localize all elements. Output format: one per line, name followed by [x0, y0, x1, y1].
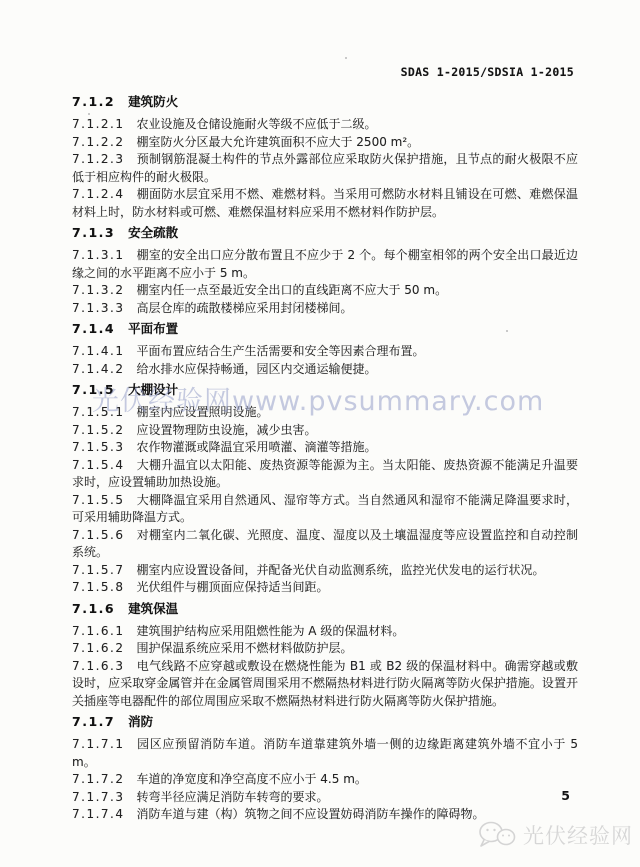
section-plane-layout: 7.1.4平面布置 7.1.4.1平面布置应结合生产生活需要和安全等因素合理布置… [72, 320, 578, 378]
clause: 7.1.5.4大棚升温宜以太阳能、废热资源等能源为主。当太阳能、废热资源不能满足… [72, 457, 578, 492]
clause-number: 7.1.6.3 [72, 659, 136, 673]
clause-number: 7.1.6.1 [72, 624, 136, 638]
clause: 7.1.5.7棚室内应设置设备间，并配备光伏自动监测系统，监控光伏发电的运行状况… [72, 562, 578, 580]
section-number: 7.1.5 [72, 382, 115, 397]
clause-text: 应设置物理防虫设施，减少虫害。 [136, 423, 316, 437]
section-building-fire-protection: 7.1.2建筑防火 7.1.2.1农业设施及仓储设施耐火等级不应低于二级。 7.… [72, 93, 578, 221]
clause-text: 棚室防火分区最大允许建筑面积不应大于 2500 m²。 [136, 135, 419, 149]
clause-number: 7.1.2.1 [72, 117, 136, 131]
section-safety-evacuation: 7.1.3安全疏散 7.1.3.1棚室的安全出口应分散布置且不应少于 2 个。每… [72, 224, 578, 317]
clause: 7.1.3.1棚室的安全出口应分散布置且不应少于 2 个。每个棚室相邻的两个安全… [72, 247, 578, 282]
clause-number: 7.1.5.1 [72, 405, 136, 419]
clause-text: 给水排水应保持畅通，园区内交通运输便捷。 [136, 362, 376, 376]
corner-watermark: 光伏经验网 [476, 820, 633, 850]
clause: 7.1.6.1建筑围护结构应采用阻燃性能为 A 级的保温材料。 [72, 623, 578, 641]
clause: 7.1.5.3农作物灌溉或降温宜采用喷灌、滴灌等措施。 [72, 439, 578, 457]
clause-number: 7.1.3.2 [72, 283, 136, 297]
clause: 7.1.2.2棚室防火分区最大允许建筑面积不应大于 2500 m²。 [72, 134, 578, 152]
clause-number: 7.1.4.2 [72, 362, 136, 376]
section-number: 7.1.4 [72, 321, 115, 336]
clause-text: 电气线路不应穿越或敷设在燃烧性能为 B1 或 B2 级的保温材料中。确需穿越或敷… [72, 659, 578, 708]
clause-number: 7.1.5.3 [72, 440, 136, 454]
clause: 7.1.5.8光伏组件与棚顶面应保持适当间距。 [72, 579, 578, 597]
clause: 7.1.2.1农业设施及仓储设施耐火等级不应低于二级。 [72, 116, 578, 134]
clause-text: 棚面防水层宜采用不燃、难燃材料。当采用可燃防水材料且铺设在可燃、难燃保温材料上时… [72, 187, 578, 219]
clause-text: 消防车道与建（构）筑物之间不应设置妨碍消防车操作的障碍物。 [136, 807, 484, 821]
clause-number: 7.1.5.6 [72, 528, 136, 542]
section-title: 大棚设计 [128, 382, 178, 397]
clause-number: 7.1.7.3 [72, 790, 136, 804]
clause-number: 7.1.6.2 [72, 641, 136, 655]
clause-number: 7.1.2.3 [72, 152, 136, 166]
clause-text: 对棚室内二氧化碳、光照度、温度、湿度以及土壤温湿度等应设置监控和自动控制系统。 [72, 528, 578, 560]
clause: 7.1.3.2棚室内任一点至最近安全出口的直线距离不应大于 50 m。 [72, 282, 578, 300]
clause-text: 园区应预留消防车道。消防车道靠建筑外墙一侧的边缘距离建筑外墙不宜小于 5 m。 [72, 737, 578, 769]
clause: 7.1.6.2围护保温系统应采用不燃材料做防护层。 [72, 640, 578, 658]
clause: 7.1.6.3电气线路不应穿越或敷设在燃烧性能为 B1 或 B2 级的保温材料中… [72, 658, 578, 711]
document-body: 7.1.2建筑防火 7.1.2.1农业设施及仓储设施耐火等级不应低于二级。 7.… [72, 90, 578, 824]
clause-number: 7.1.3.3 [72, 301, 136, 315]
section-title: 建筑防火 [128, 94, 178, 109]
clause: 7.1.5.5大棚降温宜采用自然通风、湿帘等方式。当自然通风和湿帘不能满足降温要… [72, 492, 578, 527]
section-heading: 7.1.2建筑防火 [72, 93, 578, 111]
clause-text: 大棚降温宜采用自然通风、湿帘等方式。当自然通风和湿帘不能满足降温要求时，可采用辅… [72, 493, 578, 525]
clause-text: 预制钢筋混凝土构件的节点外露部位应采取防火保护措施，且节点的耐火极限不应低于相应… [72, 152, 578, 184]
clause-text: 建筑围护结构应采用阻燃性能为 A 级的保温材料。 [136, 624, 404, 638]
section-number: 7.1.6 [72, 601, 115, 616]
clause: 7.1.2.3预制钢筋混凝土构件的节点外露部位应采取防火保护措施，且节点的耐火极… [72, 151, 578, 186]
page-number: 5 [561, 788, 570, 803]
corner-watermark-text: 光伏经验网 [523, 820, 633, 850]
clause-number: 7.1.2.4 [72, 187, 136, 201]
section-heading: 7.1.3安全疏散 [72, 224, 578, 242]
scan-speck [345, 57, 347, 59]
clause: 7.1.7.1园区应预留消防车道。消防车道靠建筑外墙一侧的边缘距离建筑外墙不宜小… [72, 736, 578, 771]
clause-text: 光伏组件与棚顶面应保持适当间距。 [136, 580, 328, 594]
standard-code-header: SDAS 1-2015/SDSIA 1-2015 [401, 65, 574, 79]
clause-text: 棚室内应设置照明设施。 [136, 405, 268, 419]
scan-speck [88, 113, 90, 115]
clause-number: 7.1.5.2 [72, 423, 136, 437]
clause-number: 7.1.5.4 [72, 458, 136, 472]
section-heading: 7.1.6建筑保温 [72, 600, 578, 618]
section-title: 安全疏散 [128, 225, 178, 240]
section-fire-fighting: 7.1.7消防 7.1.7.1园区应预留消防车道。消防车道靠建筑外墙一侧的边缘距… [72, 713, 578, 824]
clause-number: 7.1.7.4 [72, 807, 136, 821]
clause-number: 7.1.2.2 [72, 135, 136, 149]
clause-number: 7.1.5.7 [72, 563, 136, 577]
clause-text: 高层仓库的疏散楼梯应采用封闭楼梯间。 [136, 301, 352, 315]
clause: 7.1.5.6对棚室内二氧化碳、光照度、温度、湿度以及土壤温湿度等应设置监控和自… [72, 527, 578, 562]
clause-text: 棚室的安全出口应分散布置且不应少于 2 个。每个棚室相邻的两个安全出口最近边缘之… [72, 248, 578, 280]
clause: 7.1.4.2给水排水应保持畅通，园区内交通运输便捷。 [72, 361, 578, 379]
section-greenhouse-design: 7.1.5大棚设计 7.1.5.1棚室内应设置照明设施。 7.1.5.2应设置物… [72, 381, 578, 597]
clause-text: 棚室内应设置设备间，并配备光伏自动监测系统，监控光伏发电的运行状况。 [136, 563, 544, 577]
clause-number: 7.1.5.8 [72, 580, 136, 594]
clause-number: 7.1.4.1 [72, 344, 136, 358]
clause-text: 转弯半径应满足消防车转弯的要求。 [136, 790, 328, 804]
scan-speck [506, 330, 508, 332]
clause: 7.1.7.2车道的净宽度和净空高度不应小于 4.5 m。 [72, 771, 578, 789]
clause-text: 平面布置应结合生产生活需要和安全等因素合理布置。 [136, 344, 424, 358]
clause-text: 农业设施及仓储设施耐火等级不应低于二级。 [136, 117, 376, 131]
clause-text: 大棚升温宜以太阳能、废热资源等能源为主。当太阳能、废热资源不能满足升温要求时，应… [72, 458, 578, 490]
section-heading: 7.1.4平面布置 [72, 320, 578, 338]
clause-text: 棚室内任一点至最近安全出口的直线距离不应大于 50 m。 [136, 283, 447, 297]
document-page: SDAS 1-2015/SDSIA 1-2015 7.1.2建筑防火 7.1.2… [0, 0, 640, 867]
section-number: 7.1.2 [72, 94, 115, 109]
section-number: 7.1.7 [72, 714, 115, 729]
clause: 7.1.5.2应设置物理防虫设施，减少虫害。 [72, 422, 578, 440]
clause-text: 车道的净宽度和净空高度不应小于 4.5 m。 [136, 772, 366, 786]
clause-text: 围护保温系统应采用不燃材料做防护层。 [136, 641, 352, 655]
section-title: 平面布置 [128, 321, 178, 336]
clause: 7.1.5.1棚室内应设置照明设施。 [72, 404, 578, 422]
section-title: 消防 [128, 714, 153, 729]
wechat-icon [476, 820, 518, 850]
clause: 7.1.3.3高层仓库的疏散楼梯应采用封闭楼梯间。 [72, 300, 578, 318]
clause-text: 农作物灌溉或降温宜采用喷灌、滴灌等措施。 [136, 440, 376, 454]
clause: 7.1.4.1平面布置应结合生产生活需要和安全等因素合理布置。 [72, 343, 578, 361]
section-building-insulation: 7.1.6建筑保温 7.1.6.1建筑围护结构应采用阻燃性能为 A 级的保温材料… [72, 600, 578, 711]
clause-number: 7.1.7.1 [72, 737, 136, 751]
section-heading: 7.1.7消防 [72, 713, 578, 731]
clause-number: 7.1.5.5 [72, 493, 136, 507]
section-number: 7.1.3 [72, 225, 115, 240]
section-title: 建筑保温 [128, 601, 178, 616]
clause-number: 7.1.3.1 [72, 248, 136, 262]
clause: 7.1.2.4棚面防水层宜采用不燃、难燃材料。当采用可燃防水材料且铺设在可燃、难… [72, 186, 578, 221]
clause: 7.1.7.3转弯半径应满足消防车转弯的要求。 [72, 789, 578, 807]
clause-number: 7.1.7.2 [72, 772, 136, 786]
clause: 7.1.7.4消防车道与建（构）筑物之间不应设置妨碍消防车操作的障碍物。 [72, 806, 578, 824]
section-heading: 7.1.5大棚设计 [72, 381, 578, 399]
